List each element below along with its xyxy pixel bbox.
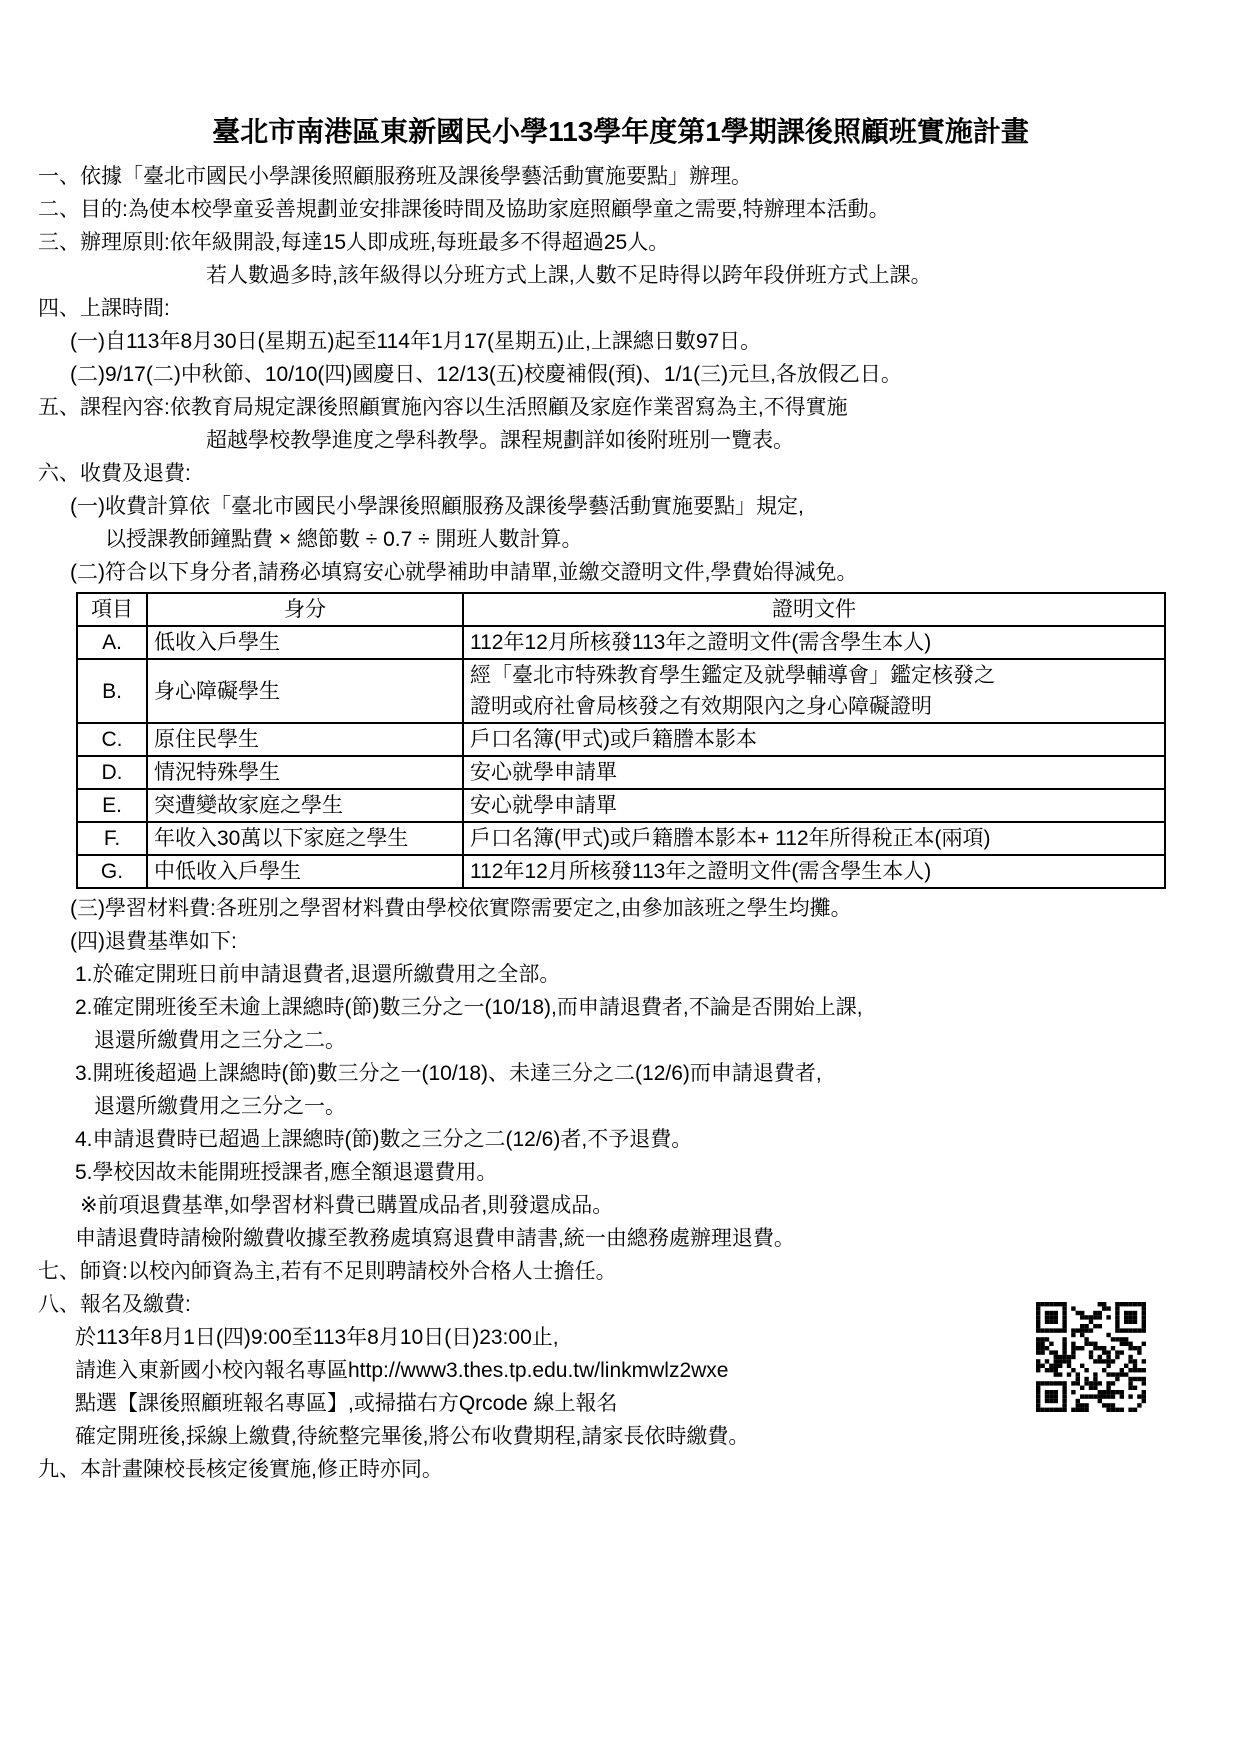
paragraph-line: 一、依據「臺北市國民小學課後照顧服務班及課後學藝活動實施要點」辦理。 [38, 160, 1203, 193]
table-cell: 原住民學生 [147, 723, 463, 756]
table-header-row: 項目身分證明文件 [77, 593, 1165, 626]
paragraphs-before-table: 一、依據「臺北市國民小學課後照顧服務班及課後學藝活動實施要點」辦理。二、目的:為… [38, 160, 1203, 589]
paragraph-line: 超越學校教學進度之學科教學。課程規劃詳如後附班別一覽表。 [38, 424, 1203, 457]
table-row: C.原住民學生戶口名簿(甲式)或戶籍謄本影本 [77, 723, 1165, 756]
paragraph-line: (二)符合以下身分者,請務必填寫安心就學補助申請單,並繳交證明文件,學費始得減免… [38, 556, 1203, 589]
paragraph-line: 以授課教師鐘點費 × 總節數 ÷ 0.7 ÷ 開班人數計算。 [38, 523, 1203, 556]
table-cell: 112年12月所核發113年之證明文件(需含學生本人) [463, 855, 1165, 888]
table-cell: G. [77, 855, 147, 888]
paragraph-line: 六、收費及退費: [38, 457, 1203, 490]
paragraph-line: (四)退費基準如下: [38, 925, 1203, 958]
table-cell: 身心障礙學生 [147, 659, 463, 723]
paragraph-line: 四、上課時間: [38, 292, 1203, 325]
table-cell: B. [77, 659, 147, 723]
table-cell: 低收入戶學生 [147, 626, 463, 659]
paragraph-line: (二)9/17(二)中秋節、10/10(四)國慶日、12/13(五)校慶補假(預… [38, 358, 1203, 391]
table-column-header: 證明文件 [463, 593, 1165, 626]
paragraph-line: 九、本計畫陳校長核定後實施,修正時亦同。 [38, 1453, 1203, 1486]
paragraph-line: 於113年8月1日(四)9:00至113年8月10日(日)23:00止, [38, 1321, 1203, 1354]
paragraph-line: 三、辦理原則:依年級開設,每達15人即成班,每班最多不得超過25人。 [38, 226, 1203, 259]
paragraph-line: 確定開班後,採線上繳費,待統整完畢後,將公布收費期程,請家長依時繳費。 [38, 1420, 1203, 1453]
table-cell: E. [77, 789, 147, 822]
paragraph-line: 請進入東新國小校內報名專區http://www3.thes.tp.edu.tw/… [38, 1354, 1203, 1387]
table-row: D.情況特殊學生安心就學申請單 [77, 756, 1165, 789]
paragraph-line: 五、課程內容:依教育局規定課後照顧實施內容以生活照顧及家庭作業習寫為主,不得實施 [38, 391, 1203, 424]
table-cell: D. [77, 756, 147, 789]
qr-code [1036, 1302, 1146, 1412]
paragraph-line: ※前項退費基準,如學習材料費已購置成品者,則發還成品。 [38, 1189, 1203, 1222]
paragraph-line: 3.開班後超過上課總時(節)數三分之一(10/18)、未達三分之二(12/6)而… [38, 1057, 1203, 1090]
table-cell: 戶口名簿(甲式)或戶籍謄本影本+ 112年所得稅正本(兩項) [463, 822, 1165, 855]
table-cell: 戶口名簿(甲式)或戶籍謄本影本 [463, 723, 1165, 756]
table-cell: 112年12月所核發113年之證明文件(需含學生本人) [463, 626, 1165, 659]
document-page: 臺北市南港區東新國民小學113學年度第1學期課後照顧班實施計畫 一、依據「臺北市… [0, 0, 1241, 1755]
table-cell: 突遭變故家庭之學生 [147, 789, 463, 822]
paragraphs-after-table: (三)學習材料費:各班別之學習材料費由學校依實際需要定之,由參加該班之學生均攤。… [38, 892, 1203, 1486]
paragraph-line: 申請退費時請檢附繳費收據至教務處填寫退費申請書,統一由總務處辦理退費。 [38, 1222, 1203, 1255]
table-row: A.低收入戶學生112年12月所核發113年之證明文件(需含學生本人) [77, 626, 1165, 659]
paragraph-line: 1.於確定開班日前申請退費者,退還所繳費用之全部。 [38, 958, 1203, 991]
table-cell: 中低收入戶學生 [147, 855, 463, 888]
paragraph-line: 退還所繳費用之三分之二。 [38, 1024, 1203, 1057]
table-body: A.低收入戶學生112年12月所核發113年之證明文件(需含學生本人)B.身心障… [77, 626, 1165, 888]
paragraph-line: (一)自113年8月30日(星期五)起至114年1月17(星期五)止,上課總日數… [38, 325, 1203, 358]
paragraph-line: 點選【課後照顧班報名專區】,或掃描右方Qrcode 線上報名 [38, 1387, 1203, 1420]
page-title: 臺北市南港區東新國民小學113學年度第1學期課後照顧班實施計畫 [38, 110, 1203, 154]
table-row: G.中低收入戶學生112年12月所核發113年之證明文件(需含學生本人) [77, 855, 1165, 888]
paragraph-line: 若人數過多時,該年級得以分班方式上課,人數不足時得以跨年段併班方式上課。 [38, 259, 1203, 292]
paragraph-line: 二、目的:為使本校學童妥善規劃並安排課後時間及協助家庭照顧學童之需要,特辦理本活… [38, 193, 1203, 226]
table-row: F.年收入30萬以下家庭之學生戶口名簿(甲式)或戶籍謄本影本+ 112年所得稅正… [77, 822, 1165, 855]
table-cell: 經「臺北市特殊教育學生鑑定及就學輔導會」鑑定核發之 證明或府社會局核發之有效期限… [463, 659, 1165, 723]
table-cell: F. [77, 822, 147, 855]
paragraph-line: 退還所繳費用之三分之一。 [38, 1090, 1203, 1123]
table-cell: 情況特殊學生 [147, 756, 463, 789]
table-cell: 安心就學申請單 [463, 789, 1165, 822]
table-row: B.身心障礙學生經「臺北市特殊教育學生鑑定及就學輔導會」鑑定核發之 證明或府社會… [77, 659, 1165, 723]
paragraph-line: 八、報名及繳費: [38, 1288, 1203, 1321]
table-column-header: 項目 [77, 593, 147, 626]
table-cell: C. [77, 723, 147, 756]
paragraph-line: 七、師資:以校內師資為主,若有不足則聘請校外合格人士擔任。 [38, 1255, 1203, 1288]
paragraph-line: (三)學習材料費:各班別之學習材料費由學校依實際需要定之,由參加該班之學生均攤。 [38, 892, 1203, 925]
paragraph-line: (一)收費計算依「臺北市國民小學課後照顧服務及課後學藝活動實施要點」規定, [38, 490, 1203, 523]
document-content: 臺北市南港區東新國民小學113學年度第1學期課後照顧班實施計畫 一、依據「臺北市… [38, 110, 1203, 1486]
table-cell: 安心就學申請單 [463, 756, 1165, 789]
paragraph-line: 4.申請退費時已超過上課總時(節)數之三分之二(12/6)者,不予退費。 [38, 1123, 1203, 1156]
paragraph-line: 5.學校因故未能開班授課者,應全額退還費用。 [38, 1156, 1203, 1189]
table-cell: 年收入30萬以下家庭之學生 [147, 822, 463, 855]
table-row: E.突遭變故家庭之學生安心就學申請單 [77, 789, 1165, 822]
subsidy-identity-table: 項目身分證明文件 A.低收入戶學生112年12月所核發113年之證明文件(需含學… [76, 592, 1166, 889]
table-cell: A. [77, 626, 147, 659]
table-column-header: 身分 [147, 593, 463, 626]
paragraph-line: 2.確定開班後至未逾上課總時(節)數三分之一(10/18),而申請退費者,不論是… [38, 991, 1203, 1024]
